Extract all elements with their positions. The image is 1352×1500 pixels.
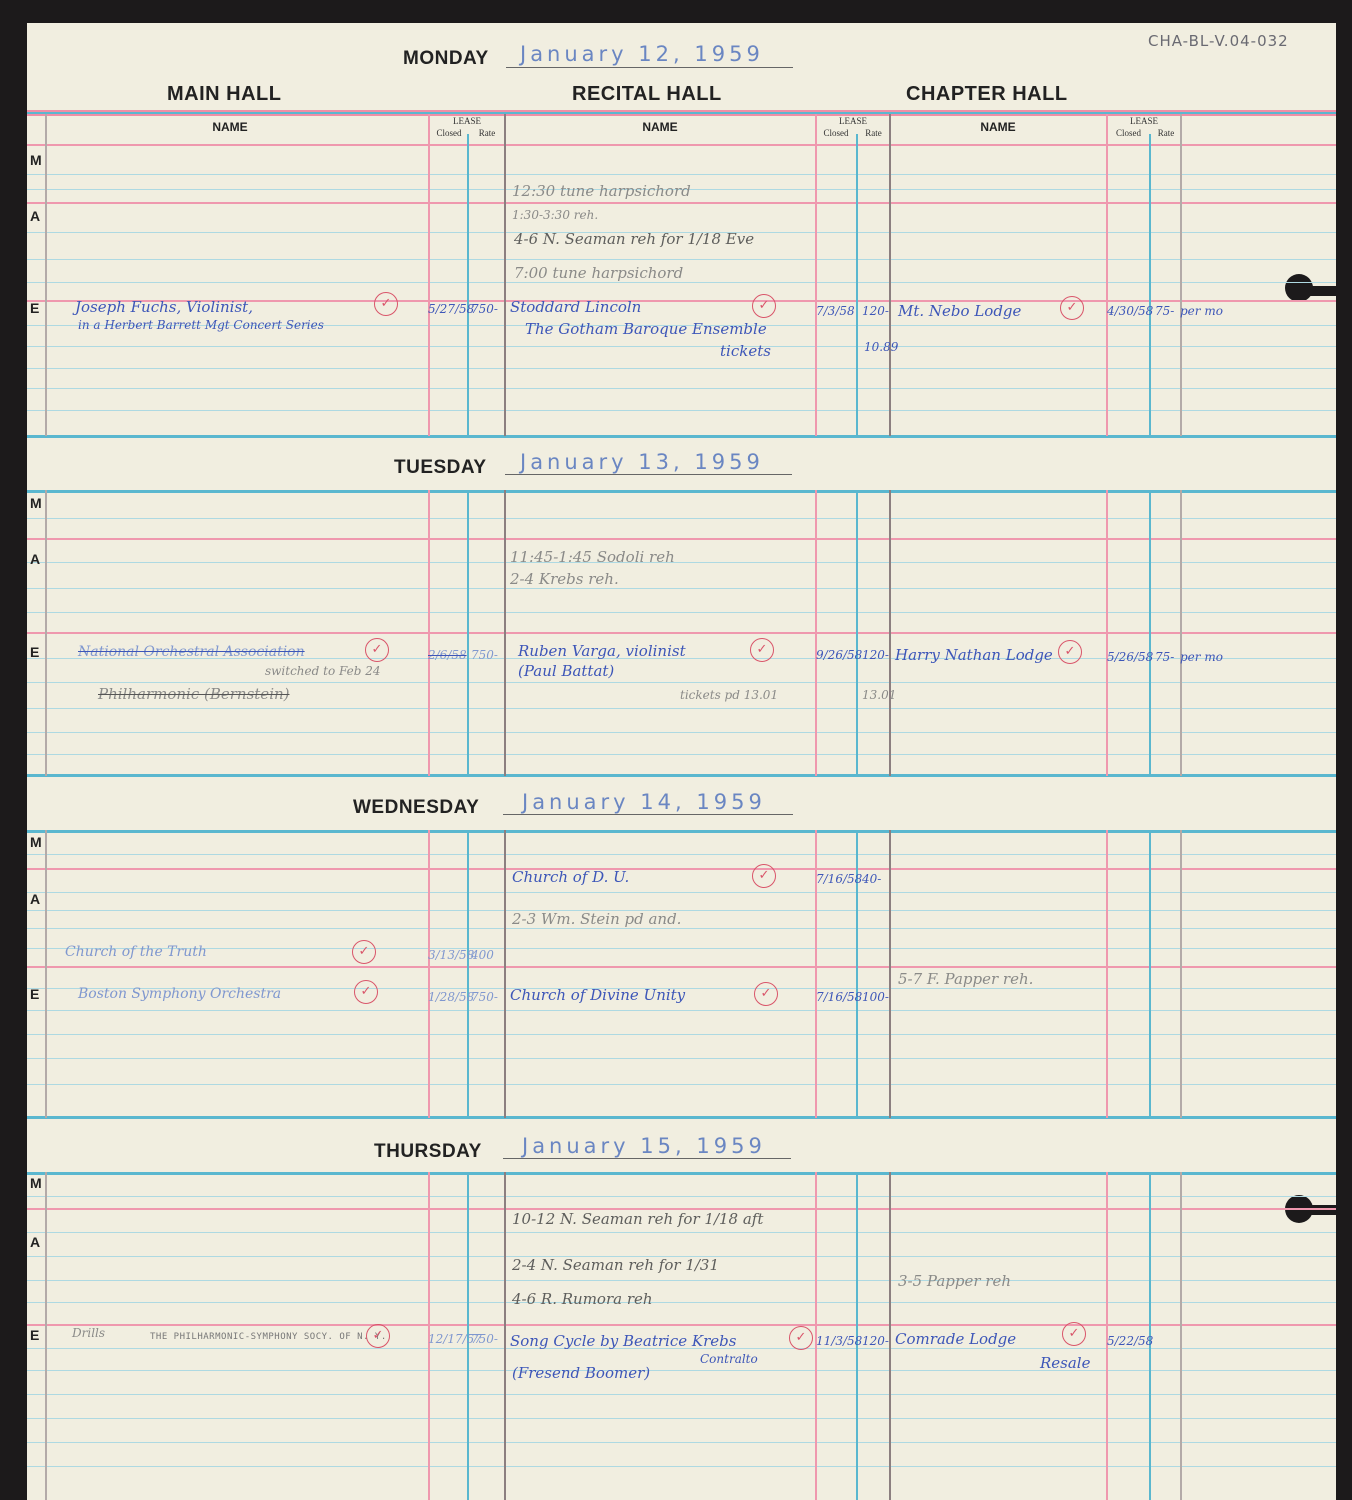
booking-note: in a Herbert Barrett Mgt Concert Series bbox=[78, 318, 324, 332]
rate-note: 13.01 bbox=[862, 688, 896, 702]
rate-note: per mo bbox=[1180, 650, 1223, 664]
booking-name: Mt. Nebo Lodge bbox=[898, 302, 1021, 320]
approved-check-icon: ✓ bbox=[1060, 296, 1084, 320]
lease-closed-date: 3/13/58 bbox=[428, 948, 474, 962]
approved-check-icon: ✓ bbox=[366, 1324, 390, 1348]
lease-rate: 40- bbox=[862, 872, 881, 886]
day-label-thursday: THURSDAY bbox=[374, 1141, 482, 1163]
schedule-note: 1:30-3:30 reh. bbox=[512, 208, 598, 222]
booking-name: Church of the Truth bbox=[65, 944, 207, 960]
booking-note: switched to Feb 24 bbox=[265, 664, 381, 678]
booking-extra: tickets bbox=[720, 342, 771, 360]
lease-closed-date: 11/3/58 bbox=[816, 1334, 862, 1348]
schedule-note: 7:00 tune harpsichord bbox=[514, 264, 683, 282]
booking-struck: Philharmonic (Bernstein) bbox=[98, 685, 290, 703]
lease-closed-date: 7/3/58 bbox=[816, 304, 855, 318]
period-afternoon: A bbox=[30, 891, 40, 907]
booking-name: Harry Nathan Lodge bbox=[895, 646, 1053, 664]
booking-extra: Contralto bbox=[700, 1352, 758, 1366]
booking-name: Song Cycle by Beatrice Krebs bbox=[510, 1332, 736, 1350]
lease-rate: 750- bbox=[471, 648, 498, 662]
rate-note: per mo bbox=[1180, 304, 1223, 318]
booking-name: Joseph Fuchs, Violinist, bbox=[75, 298, 253, 316]
approved-check-icon: ✓ bbox=[1058, 640, 1082, 664]
lease-rate: 750- bbox=[471, 990, 498, 1004]
period-afternoon: A bbox=[30, 208, 40, 224]
lease-rate: 750- bbox=[471, 1332, 498, 1346]
approved-check-icon: ✓ bbox=[750, 638, 774, 662]
period-evening: E bbox=[30, 300, 39, 316]
period-morning: M bbox=[30, 152, 42, 168]
section-tuesday bbox=[27, 490, 1336, 780]
lease-closed-date: 5/27/58 bbox=[428, 302, 474, 316]
booking-note: (Fresend Boomer) bbox=[512, 1364, 650, 1382]
section-wednesday bbox=[27, 830, 1336, 1120]
lease-rate: 75- bbox=[1155, 304, 1174, 318]
booking-note: (Paul Battat) bbox=[518, 662, 614, 680]
approved-check-icon: ✓ bbox=[752, 294, 776, 318]
approved-check-icon: ✓ bbox=[365, 638, 389, 662]
lease-rate: 75- bbox=[1155, 650, 1174, 664]
booking-name: Church of D. U. bbox=[512, 868, 629, 886]
schedule-note: 11:45-1:45 Sodoli reh bbox=[510, 548, 675, 566]
schedule-note: 4-6 R. Rumora reh bbox=[512, 1290, 653, 1308]
hall-title-main: MAIN HALL bbox=[167, 83, 281, 106]
lease-closed-date: 5/26/58 bbox=[1107, 650, 1153, 664]
period-morning: M bbox=[30, 1175, 42, 1191]
schedule-note: 2-4 Krebs reh. bbox=[510, 570, 619, 588]
lease-closed-date: 9/26/58 bbox=[816, 648, 862, 662]
lease-closed-date: 7/16/58 bbox=[816, 872, 862, 886]
approved-check-icon: ✓ bbox=[754, 982, 778, 1006]
booking-note: The Gotham Baroque Ensemble bbox=[525, 320, 767, 338]
lease-rate: 120- bbox=[862, 648, 889, 662]
schedule-note: 4-6 N. Seaman reh for 1/18 Eve bbox=[514, 230, 754, 248]
schedule-note: 10-12 N. Seaman reh for 1/18 aft bbox=[512, 1210, 763, 1228]
booking-note: Resale bbox=[1040, 1354, 1091, 1372]
day-label-tuesday: TUESDAY bbox=[394, 457, 487, 479]
booking-name: Comrade Lodge bbox=[895, 1330, 1016, 1348]
approved-check-icon: ✓ bbox=[354, 980, 378, 1004]
booking-name: Ruben Varga, violinist bbox=[518, 642, 686, 660]
period-evening: E bbox=[30, 1327, 39, 1343]
approved-check-icon: ✓ bbox=[1062, 1322, 1086, 1346]
approved-check-icon: ✓ bbox=[752, 864, 776, 888]
day-label-wednesday: WEDNESDAY bbox=[353, 797, 479, 819]
lease-rate: 100- bbox=[862, 990, 889, 1004]
period-evening: E bbox=[30, 986, 39, 1002]
booking-name: Boston Symphony Orchestra bbox=[78, 986, 281, 1002]
lease-closed-date: 4/30/58 bbox=[1107, 304, 1153, 318]
lease-closed-date: 5/22/58 bbox=[1107, 1334, 1153, 1348]
approved-check-icon: ✓ bbox=[789, 1326, 813, 1350]
period-afternoon: A bbox=[30, 1234, 40, 1250]
booking-name: Stoddard Lincoln bbox=[510, 298, 641, 316]
lease-closed-date: 7/16/58 bbox=[816, 990, 862, 1004]
lease-rate: 120- bbox=[862, 1334, 889, 1348]
hall-title-chapter: CHAPTER HALL bbox=[906, 83, 1068, 106]
approved-check-icon: ✓ bbox=[374, 292, 398, 316]
hall-title-recital: RECITAL HALL bbox=[572, 83, 722, 106]
rubber-stamp: THE PHILHARMONIC-SYMPHONY SOCY. OF N. Y. bbox=[150, 1332, 387, 1342]
period-evening: E bbox=[30, 644, 39, 660]
date-thursday: January 15, 1959 bbox=[522, 1134, 766, 1158]
day-label-monday: MONDAY bbox=[403, 48, 489, 70]
period-afternoon: A bbox=[30, 551, 40, 567]
lease-closed-date: 1/28/58 bbox=[428, 990, 474, 1004]
date-monday: January 12, 1959 bbox=[520, 42, 764, 66]
schedule-note: 3-5 Papper reh bbox=[898, 1272, 1011, 1290]
lease-rate: 120- bbox=[862, 304, 889, 318]
date-wednesday: January 14, 1959 bbox=[522, 790, 766, 814]
schedule-note: 5-7 F. Papper reh. bbox=[898, 970, 1033, 988]
date-tuesday: January 13, 1959 bbox=[520, 450, 764, 474]
accession-number: CHA-BL-V.04-032 bbox=[1148, 32, 1289, 50]
lease-rate: 400 bbox=[471, 948, 494, 962]
rate-note: 10.89 bbox=[864, 340, 898, 354]
schedule-note: 2-3 Wm. Stein pd and. bbox=[512, 910, 681, 928]
schedule-note: 12:30 tune harpsichord bbox=[512, 182, 691, 200]
period-morning: M bbox=[30, 495, 42, 511]
approved-check-icon: ✓ bbox=[352, 940, 376, 964]
period-morning: M bbox=[30, 834, 42, 850]
lease-rate: 750- bbox=[471, 302, 498, 316]
booking-name-cancelled: National Orchestral Association bbox=[78, 644, 305, 660]
schedule-note: 2-4 N. Seaman reh for 1/31 bbox=[512, 1256, 719, 1274]
booking-name: Drills bbox=[72, 1326, 105, 1340]
lease-closed-date: 2/6/58 bbox=[428, 648, 467, 662]
booking-extra: tickets pd 13.01 bbox=[680, 688, 778, 702]
booking-name: Church of Divine Unity bbox=[510, 986, 685, 1004]
